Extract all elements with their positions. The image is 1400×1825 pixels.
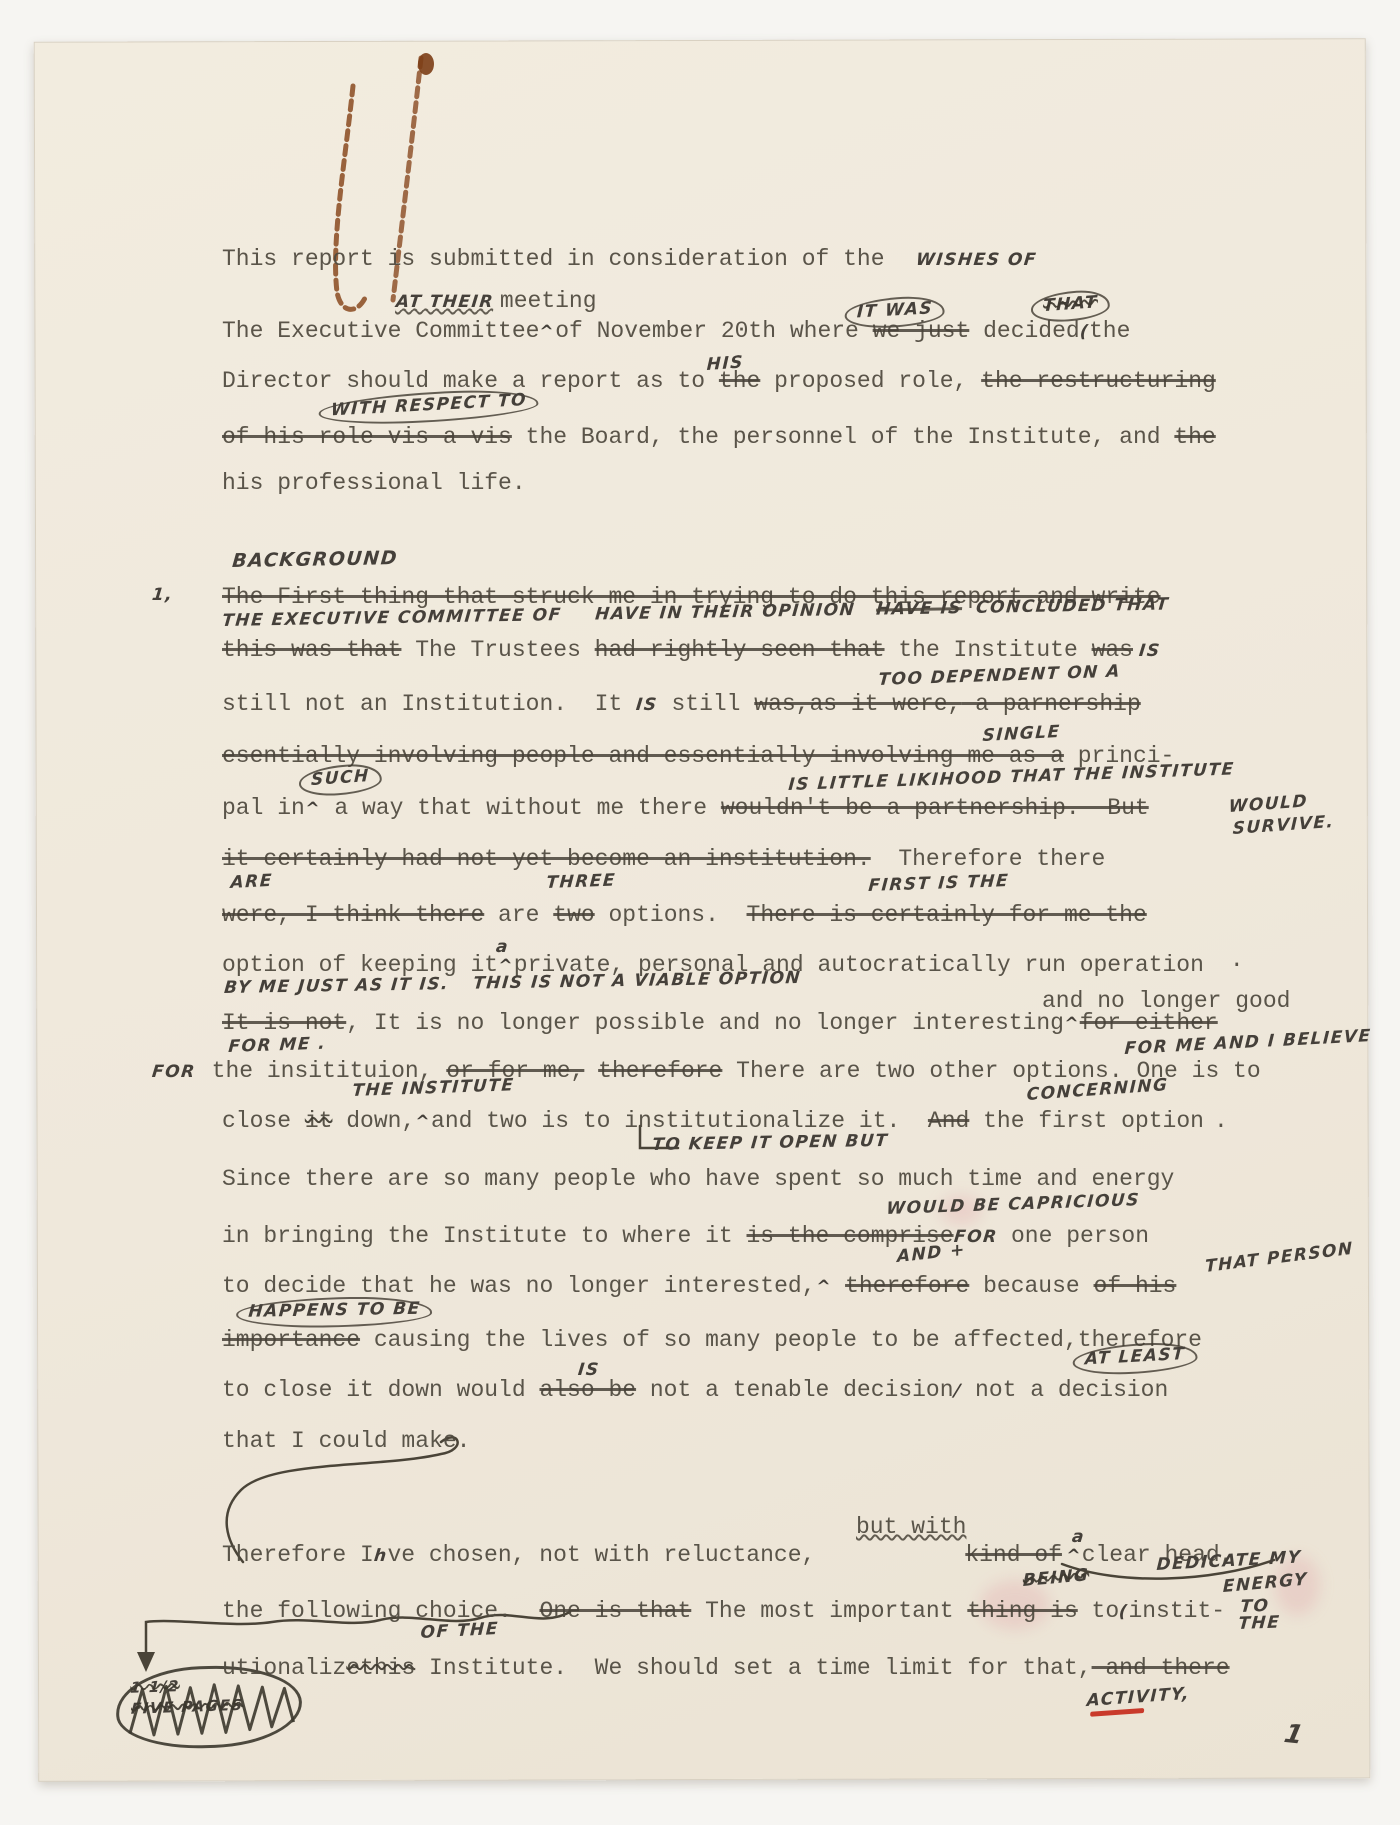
typed-text: that I could make.	[222, 1428, 470, 1454]
typed-text: pal in	[222, 795, 305, 821]
handwritten-annotation: FOR ME .	[228, 1035, 327, 1058]
handwritten-annotation: 1	[1283, 1720, 1306, 1752]
typed-text: and two is to institutionalize it.	[431, 1108, 928, 1134]
typed-text: in bringing the Institute to where it	[222, 1223, 747, 1249]
typed-text: because	[969, 1273, 1093, 1299]
handwritten-text: ARE	[230, 872, 273, 894]
scanned-page: 1 1/2 FIVE PAGES This report is submitte…	[0, 0, 1400, 1825]
typed-text: one person	[997, 1223, 1149, 1249]
typed-text: was,as it were,	[754, 691, 961, 717]
document-line: of his role vis a vis the Board, the per…	[222, 424, 1216, 450]
handwritten-annotation: OF THE	[420, 1620, 499, 1644]
typed-text: it certainly had not yet become an insti…	[222, 846, 871, 872]
typed-text: , It is no longer possible and no longer…	[346, 1010, 1064, 1036]
typed-text: to close it down would	[222, 1377, 539, 1403]
typed-text: the	[1089, 318, 1130, 344]
typed-text: the	[719, 368, 760, 394]
handwritten-annotation: THREE	[546, 872, 616, 894]
typed-text	[831, 1273, 845, 1299]
handwritten-text: FOR	[151, 1063, 197, 1083]
document-line: his professional life.	[222, 470, 526, 496]
typed-text: of his role vis a vis	[222, 424, 512, 450]
typed-text: the Board, the personnel of the Institut…	[512, 424, 1175, 450]
typed-text: There is certainly for me the	[747, 902, 1147, 928]
typed-text: the	[1174, 424, 1215, 450]
typed-text: ve chosen, not with reluctance,	[387, 1542, 815, 1568]
document-line: but with	[856, 1514, 966, 1540]
typed-text: down,	[332, 1108, 415, 1134]
typed-text: of his	[1094, 1273, 1177, 1299]
typed-text: to decide that he was no longer interest…	[222, 1273, 816, 1299]
typed-text: the first option	[969, 1108, 1204, 1134]
typed-text: It is not	[222, 1010, 346, 1036]
typed-text: And	[928, 1108, 969, 1134]
typed-text: a parnership	[961, 691, 1140, 717]
typed-text: One is that	[539, 1598, 691, 1624]
handwritten-annotation: BACKGROUND	[232, 548, 398, 573]
typed-text: Therefore there	[871, 846, 1106, 872]
typed-text: two	[553, 902, 594, 928]
handwritten-text: TO KEEP IT OPEN BUT	[651, 1132, 889, 1156]
handwritten-text: IS	[635, 696, 659, 716]
handwritten-text: SUCH	[299, 762, 383, 797]
typed-text: wouldn't be a partnership. But	[721, 795, 1149, 821]
handwritten-text: FOR ME .	[228, 1035, 327, 1058]
document-line: this was that The Trustees had rightly s…	[222, 637, 1161, 663]
document-line: to decide that he was no longer interest…	[222, 1273, 1176, 1299]
typed-text: The most important	[691, 1598, 967, 1624]
typed-text: .	[1214, 1108, 1228, 1134]
document-line: pal in^ a way that without me there woul…	[222, 795, 1149, 821]
typed-text: The Executive Committee	[222, 318, 539, 344]
handwritten-text: WISHES OF	[915, 251, 1038, 271]
handwritten-text: h	[373, 1547, 389, 1567]
handwritten-text: BACKGROUND	[231, 548, 399, 573]
typed-text: had rightly seen that	[595, 637, 885, 663]
typed-text: therefore	[845, 1273, 969, 1299]
typed-text: options.	[595, 902, 747, 928]
typed-text: his professional life.	[222, 470, 526, 496]
handwritten-text: CONCLUDED THAT	[975, 595, 1170, 618]
handwritten-text: BY ME JUST AS IT IS.	[223, 975, 449, 999]
handwritten-text: AT THEIR	[395, 293, 495, 313]
typed-text: and there	[1092, 1655, 1230, 1681]
handwritten-annotation: HAPPENS TO BE	[236, 1296, 433, 1329]
typed-text: proposed role,	[760, 368, 981, 394]
typed-text: decided	[969, 318, 1079, 344]
handwritten-annotation: 1,	[152, 586, 173, 606]
handwritten-text: ^	[538, 323, 556, 343]
typed-text: kind of	[965, 1542, 1062, 1568]
typed-text: for either	[1080, 1010, 1218, 1036]
typed-text: to	[1078, 1598, 1119, 1624]
handwritten-text: IS	[1138, 642, 1162, 662]
document-line: it certainly had not yet become an insti…	[222, 846, 1105, 872]
handwritten-text: ^	[1065, 1547, 1083, 1567]
typed-text: There are two other options. One is to	[722, 1058, 1260, 1084]
typed-text: are	[484, 902, 553, 928]
handwritten-text: THREE	[546, 872, 617, 894]
document-line: to close it down would also be not a ten…	[222, 1377, 1168, 1403]
typed-text: The Trustees	[401, 637, 594, 663]
typed-text: not a tenable decision	[636, 1377, 953, 1403]
typed-text: but with	[856, 1514, 966, 1540]
typed-text: thing is	[967, 1598, 1077, 1624]
handwritten-annotation: TO KEEP IT OPEN BUT	[652, 1132, 888, 1156]
typed-text: a way that without me there	[321, 795, 721, 821]
typed-text: Institute. We should set a time limit fo…	[415, 1655, 1091, 1681]
typed-text: utionaliz	[222, 1655, 346, 1681]
handwritten-annotation: SUCH	[298, 762, 383, 797]
typed-text: the Institute	[885, 637, 1092, 663]
typed-text: not a decision	[961, 1377, 1168, 1403]
handwritten-text: ^	[1063, 1015, 1081, 1035]
typed-text: of November 20th where	[555, 318, 872, 344]
typed-text: Since there are so many people who have …	[222, 1166, 1174, 1192]
typed-text: still not an Institution. It	[222, 691, 636, 717]
handwritten-text: HAPPENS TO BE	[235, 1296, 434, 1329]
typed-text: importance	[222, 1327, 360, 1353]
typed-text: was	[1092, 637, 1133, 663]
typed-text: it	[305, 1108, 333, 1134]
handwritten-annotation: ARE	[230, 872, 273, 894]
document-line: It is not, It is no longer possible and …	[222, 1010, 1218, 1036]
handwritten-text: HAVE IS	[875, 599, 963, 620]
typed-text: close	[222, 1108, 305, 1134]
typed-text: we just	[873, 318, 970, 344]
typed-text: also be	[539, 1377, 636, 1403]
typed-text: instit-	[1128, 1598, 1225, 1624]
document-line: importance causing the lives of so many …	[222, 1327, 1202, 1353]
document-line: the following choice. One is that The mo…	[222, 1598, 1225, 1624]
handwritten-text: /	[953, 1382, 963, 1402]
typed-text: ethis	[346, 1655, 415, 1681]
typed-text	[584, 1058, 598, 1084]
document-line: Therefore Ihve chosen, not with reluctan…	[222, 1542, 1234, 1568]
typed-text: meeting	[500, 288, 597, 314]
handwritten-text: THE	[1238, 1614, 1281, 1635]
document-line: This report is submitted in consideratio…	[222, 246, 1037, 272]
document-line: were, I think there are two options. The…	[222, 902, 1147, 928]
handwritten-text: (	[1079, 323, 1090, 343]
typed-text: ·	[1230, 952, 1244, 978]
typed-text: still	[658, 691, 755, 717]
document-line: still not an Institution. It IS still wa…	[222, 691, 1141, 717]
typed-text: Therefore I	[222, 1542, 374, 1568]
handwritten-text: ^	[304, 800, 322, 820]
document-line: in bringing the Institute to where it is…	[222, 1223, 1149, 1249]
handwritten-text: ^	[814, 1278, 832, 1298]
handwritten-text: OF THE	[420, 1620, 499, 1644]
typed-text: therefore	[598, 1058, 722, 1084]
typed-text: causing the lives of so many people to b…	[360, 1327, 1078, 1353]
document-line: Director should make a report as to the …	[222, 368, 1216, 394]
document-line: The Executive Committee^of November 20th…	[222, 318, 1130, 344]
handwritten-annotation: THE	[1238, 1614, 1281, 1635]
handwritten-text: 1,	[151, 586, 174, 606]
document-line: Since there are so many people who have …	[222, 1166, 1174, 1192]
document-line: utionalizethis Institute. We should set …	[222, 1655, 1230, 1681]
document-line: that I could make.	[222, 1428, 470, 1454]
document-line: close it down,^and two is to institution…	[222, 1108, 1228, 1134]
typed-text: this was that	[222, 637, 401, 663]
typed-text: This report is submitted in consideratio…	[222, 246, 898, 272]
handwritten-text: ^	[414, 1113, 432, 1133]
document-line: AT THEIRmeeting	[396, 288, 597, 314]
typed-text: were, I think there	[222, 902, 484, 928]
typed-text: the restructuring	[981, 368, 1216, 394]
